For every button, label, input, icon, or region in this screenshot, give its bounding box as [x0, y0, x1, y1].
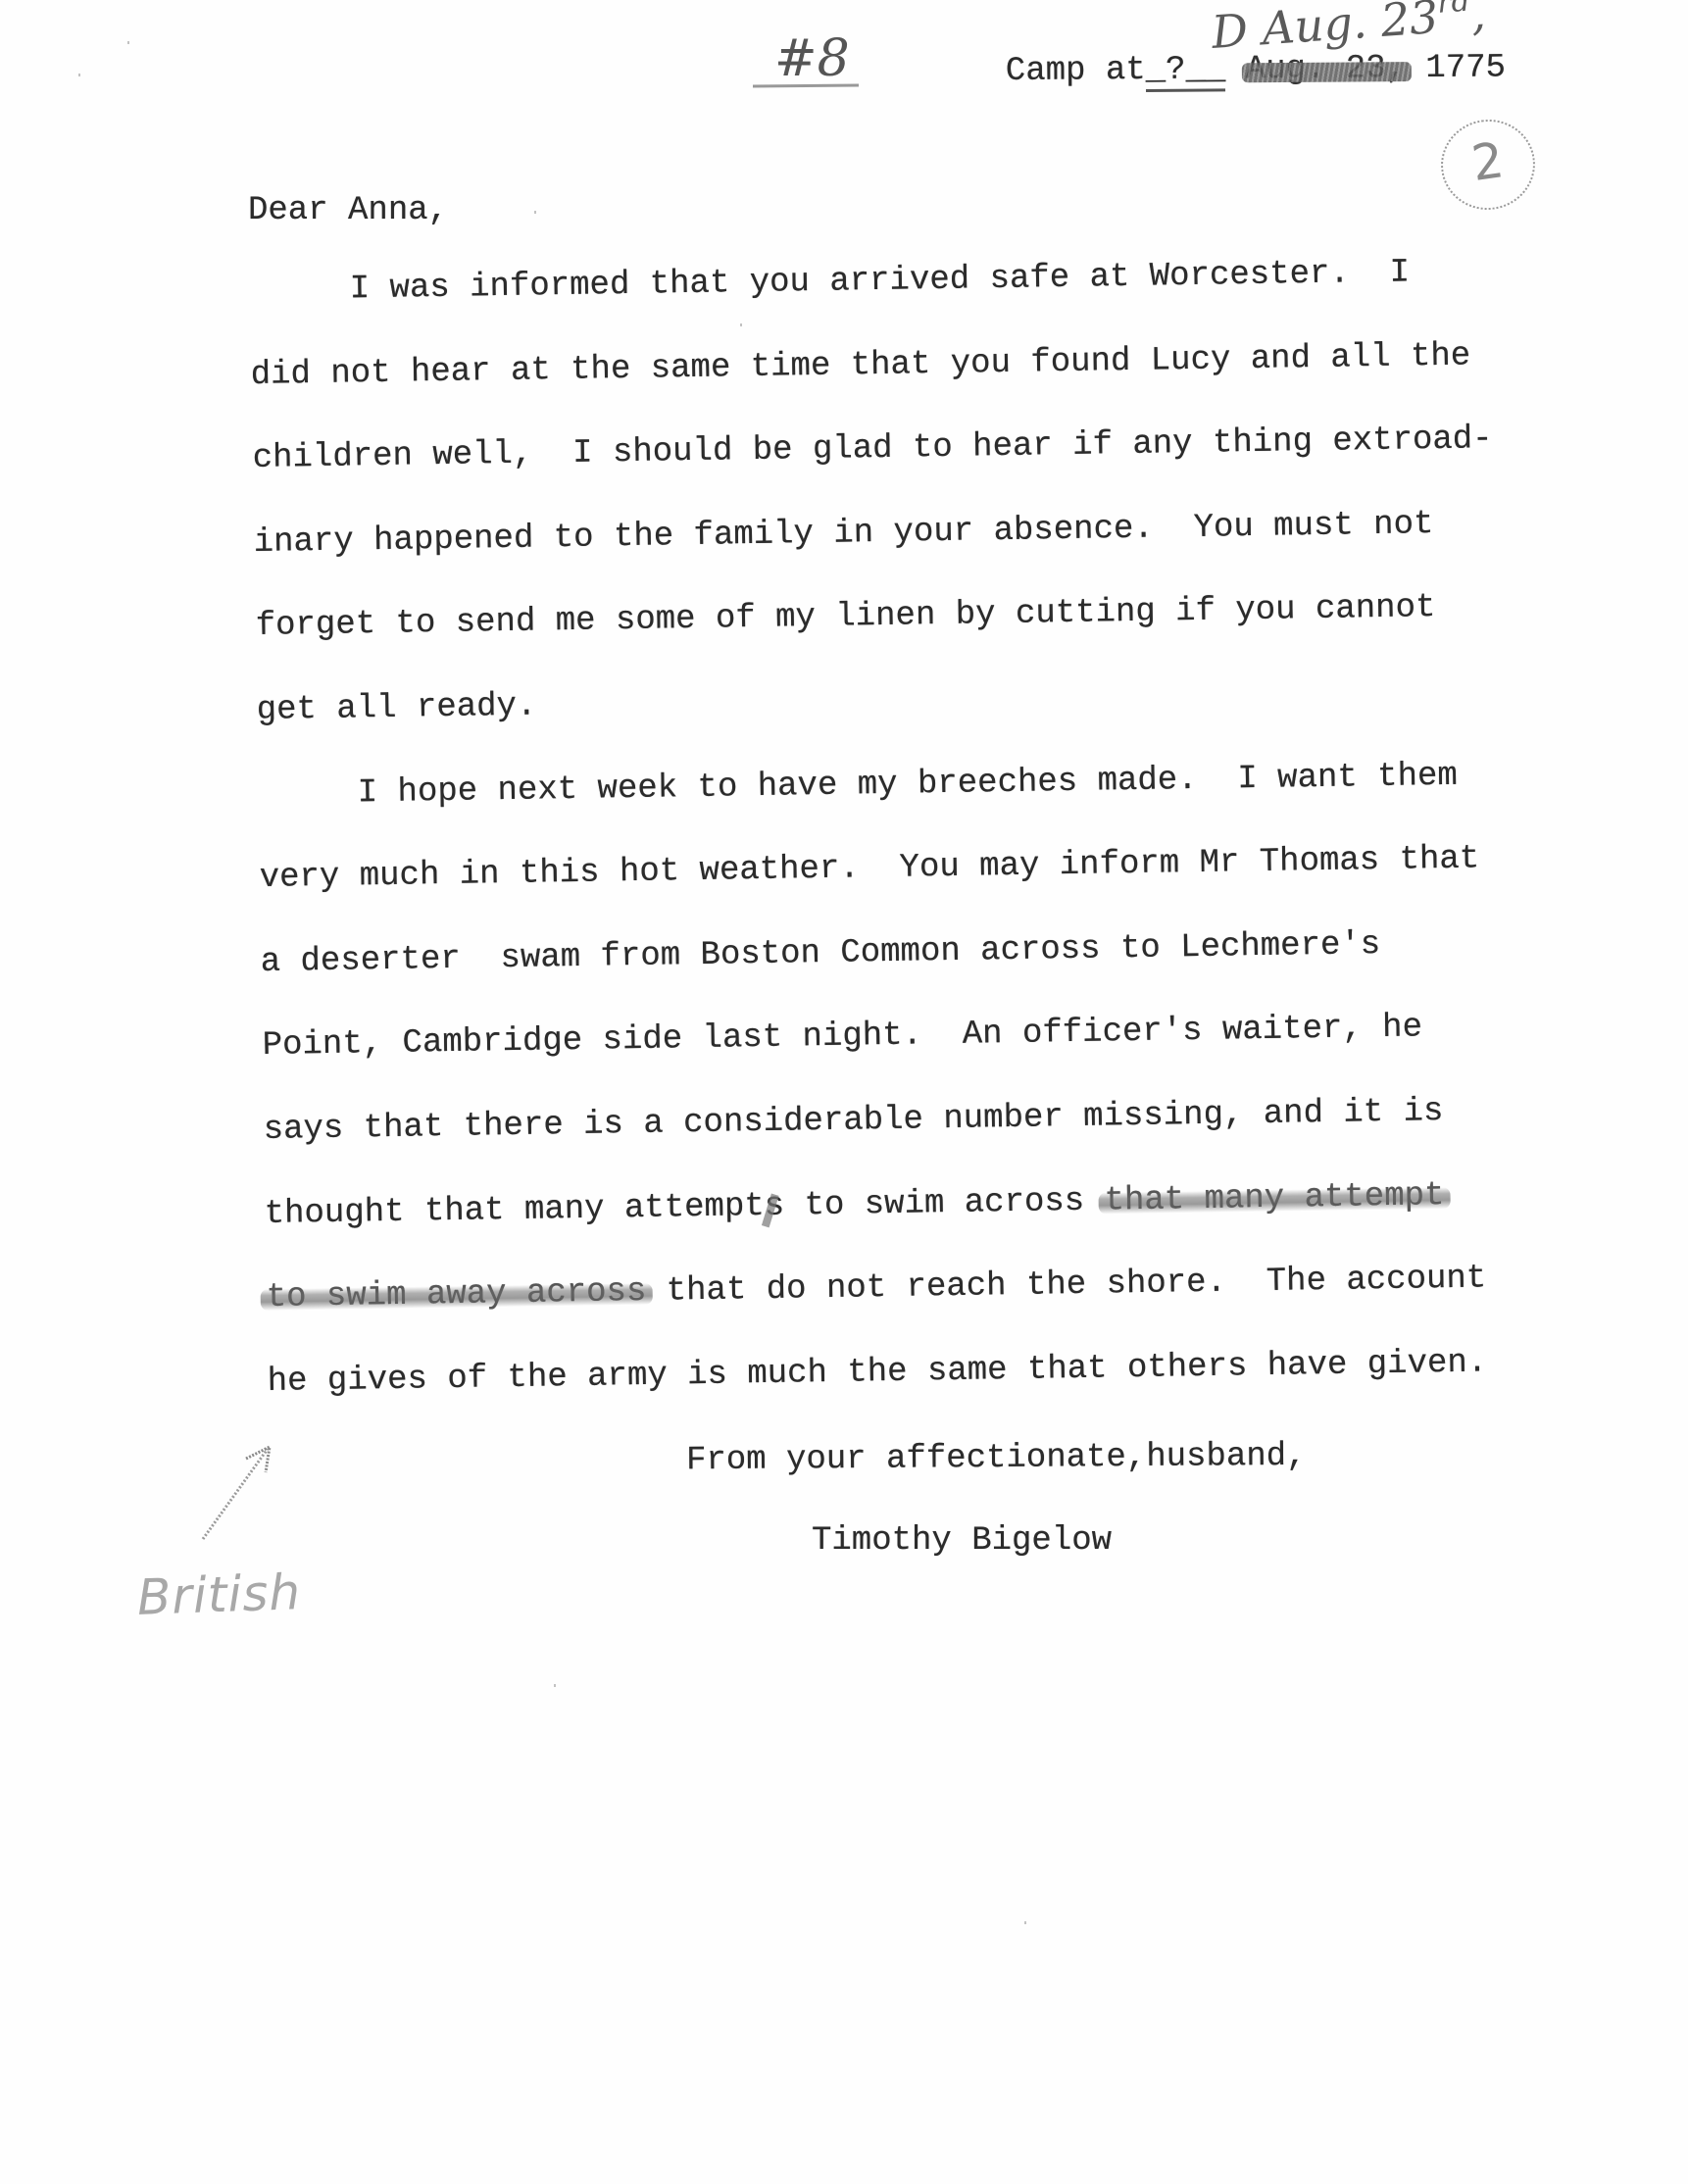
- body-text: I hope next week to have my breeches mad…: [258, 757, 1459, 813]
- body-text: forget to send me some of my linen by cu…: [255, 589, 1435, 645]
- arrow-icon: [191, 1439, 289, 1547]
- body-line: says that there is a considerable number…: [263, 1095, 1443, 1147]
- body-text: a deserter swam from Boston Common acros…: [261, 926, 1381, 981]
- body-text: did not hear at the same time that you f…: [251, 337, 1471, 394]
- body-line: thought that many attempts to swim acros…: [265, 1179, 1445, 1231]
- scan-speck: [740, 323, 742, 326]
- scan-speck: [1024, 1921, 1026, 1924]
- body-line: I hope next week to have my breeches mad…: [258, 759, 1459, 811]
- body-line: to swim away across that do not reach th…: [266, 1263, 1486, 1315]
- closing: From your affectionate,husband,: [686, 1440, 1307, 1477]
- body-line: children well, I should be glad to hear …: [252, 422, 1492, 475]
- body-text: I was informed that you arrived safe at …: [249, 254, 1410, 310]
- body-line: he gives of the army is much the same th…: [268, 1346, 1488, 1399]
- body-line: forget to send me some of my linen by cu…: [255, 591, 1435, 643]
- body-text: get all ready.: [256, 688, 536, 729]
- body-text: says that there is a considerable number…: [263, 1093, 1443, 1149]
- body-text: to swim across: [784, 1182, 1105, 1224]
- margin-note: British: [136, 1564, 302, 1626]
- body-line: Point, Cambridge side last night. An off…: [262, 1012, 1422, 1064]
- body-text: children well, I should be glad to hear …: [252, 421, 1492, 477]
- body-text: very much in this hot weather. You may i…: [259, 841, 1479, 898]
- scan-speck: [127, 41, 129, 44]
- body-line: did not hear at the same time that you f…: [251, 339, 1471, 392]
- body-text: inary happened to the family in your abs…: [254, 506, 1434, 562]
- scan-speck: [534, 211, 536, 214]
- body-line: very much in this hot weather. You may i…: [259, 843, 1479, 896]
- struck-text: to swim away across: [266, 1275, 646, 1315]
- body-line: inary happened to the family in your abs…: [254, 508, 1434, 560]
- body-text: thought that many attempt: [265, 1188, 766, 1233]
- overstruck-char: s: [765, 1189, 785, 1222]
- scan-speck: [554, 1684, 556, 1687]
- struck-text: that many attempt: [1105, 1179, 1445, 1217]
- document-page: #8 D Aug. 23rd, 2 Camp at_?__ Aug. 23, 1…: [0, 0, 1688, 2184]
- body-line: get all ready.: [256, 690, 536, 727]
- body-line: I was informed that you arrived safe at …: [249, 256, 1410, 308]
- body-text: Point, Cambridge side last night. An off…: [262, 1010, 1422, 1066]
- body-line: a deserter swam from Boston Common acros…: [261, 928, 1381, 979]
- body-text: he gives of the army is much the same th…: [268, 1344, 1488, 1401]
- body-text: that do not reach the shore. The account: [646, 1261, 1486, 1311]
- scan-speck: [78, 74, 80, 76]
- signature: Timothy Bigelow: [812, 1524, 1112, 1558]
